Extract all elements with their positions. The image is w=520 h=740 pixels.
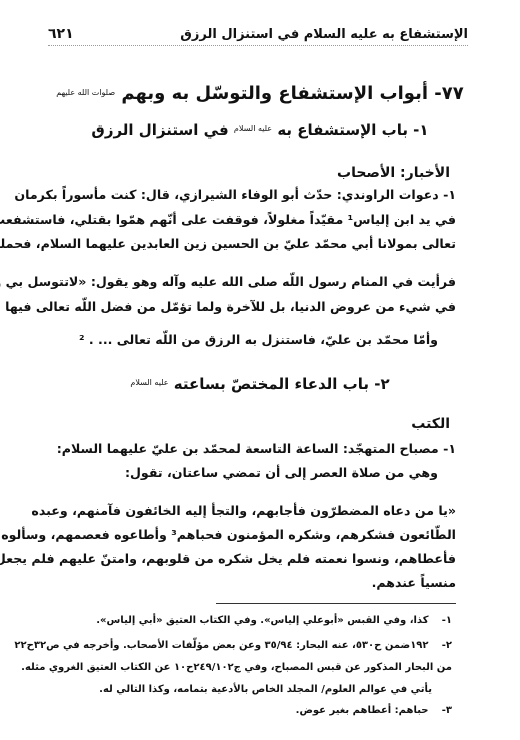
chapter-title: ٧٧- أبواب الإستشفاع والتوسّل به وبهم صلو… bbox=[48, 80, 472, 107]
paragraph-line: فأعطاهم، ونسوا نعمته فلم يخل شكره من قلو… bbox=[48, 549, 456, 569]
paragraph-line: وهي من صلاة العصر إلى أن تمضي ساعتان، تق… bbox=[48, 463, 438, 483]
section-2-honorific: عليه السلام bbox=[130, 378, 168, 387]
paragraph-line: فرأيت في المنام رسول اللّه صلى الله عليه… bbox=[48, 272, 456, 292]
footnote-divider bbox=[216, 603, 456, 604]
footnote-2-cont: يأتي في عوالم العلوم/ المجلد الخاص بالأد… bbox=[48, 682, 432, 698]
page-number: ٦٢١ bbox=[48, 26, 74, 42]
running-title: الإستشفاع به عليه السلام في استنزال الرز… bbox=[180, 27, 468, 42]
footnote-2-cont: من البحار المذكور عن قبس المصباح، وفي ج٢… bbox=[48, 660, 452, 676]
header-rule bbox=[48, 45, 468, 46]
footnote-number: ٣- bbox=[432, 703, 452, 719]
document-page: الإستشفاع به عليه السلام في استنزال الرز… bbox=[0, 0, 520, 740]
sources-label: الأخبار: الأصحاب bbox=[48, 163, 450, 183]
section-title-2-text: ٢- باب الدعاء المختصّ بساعته bbox=[174, 375, 390, 393]
footnote-2: ٢- ١٩٢ضمن ح٥٣٠، عنه البحار: ٣٥/٩٤ وعن بع… bbox=[48, 638, 452, 654]
running-header: الإستشفاع به عليه السلام في استنزال الرز… bbox=[48, 18, 468, 42]
footnote-1: ١- كذا، وفي القبس «أبوعلي إلياس». وفي ال… bbox=[48, 613, 452, 629]
section-title-1b: في استنزال الرزق bbox=[91, 121, 228, 139]
paragraph-line: تعالى بمولانا أبي محمّد عليّ بن الحسين ز… bbox=[48, 234, 456, 254]
books-label: الكتب bbox=[48, 414, 450, 434]
chapter-title-text: ٧٧- أبواب الإستشفاع والتوسّل به وبهم bbox=[121, 83, 463, 104]
paragraph-line: «يا من دعاه المضطرّون فأجابهم، والتجأ إل… bbox=[48, 501, 456, 521]
footnote-text: كذا، وفي القبس «أبوعلي إلياس». وفي الكتا… bbox=[96, 615, 428, 626]
section-title-2: ٢- باب الدعاء المختصّ بساعته عليه السلام bbox=[48, 372, 472, 395]
footnote-3: ٣- حباهم: أعطاهم بغير عوض. bbox=[48, 703, 452, 719]
chapter-honorific: صلوات الله عليهم bbox=[56, 88, 115, 97]
paragraph-line: منسياً عندهم. bbox=[48, 573, 456, 593]
footnote-number: ٢- bbox=[432, 638, 452, 654]
footnote-number: ١- bbox=[432, 613, 452, 629]
paragraph-line: ١- دعوات الراوندي: حدّث أبو الوفاء الشير… bbox=[48, 185, 456, 205]
paragraph-line: في شيء من عروض الدنيا، بل للآخرة ولما تؤ… bbox=[48, 297, 456, 317]
paragraph-line: في يد ابن إلياس¹ مقيّداً مغلولاً، فوقفت … bbox=[48, 210, 456, 230]
paragraph-line: ١- مصباح المتهجّد: الساعة التاسعة لمحمّد… bbox=[48, 439, 456, 459]
footnote-text: ١٩٢ضمن ح٥٣٠، عنه البحار: ٣٥/٩٤ وعن بعض م… bbox=[14, 640, 428, 651]
section-title-1: ١- باب الإستشفاع به عليه السلام في استنز… bbox=[48, 118, 472, 141]
footnote-text: حباهم: أعطاهم بغير عوض. bbox=[296, 705, 429, 716]
paragraph-line: الطّائعون فشكرهم، وشكره المؤمنون فحباهم³… bbox=[48, 525, 456, 545]
paragraph-line: وأمّا محمّد بن عليّ، فاستنزل به الرزق من… bbox=[48, 330, 438, 350]
section-title-1a: ١- باب الإستشفاع به bbox=[277, 121, 428, 139]
section-1-honorific: عليه السلام bbox=[234, 124, 272, 133]
